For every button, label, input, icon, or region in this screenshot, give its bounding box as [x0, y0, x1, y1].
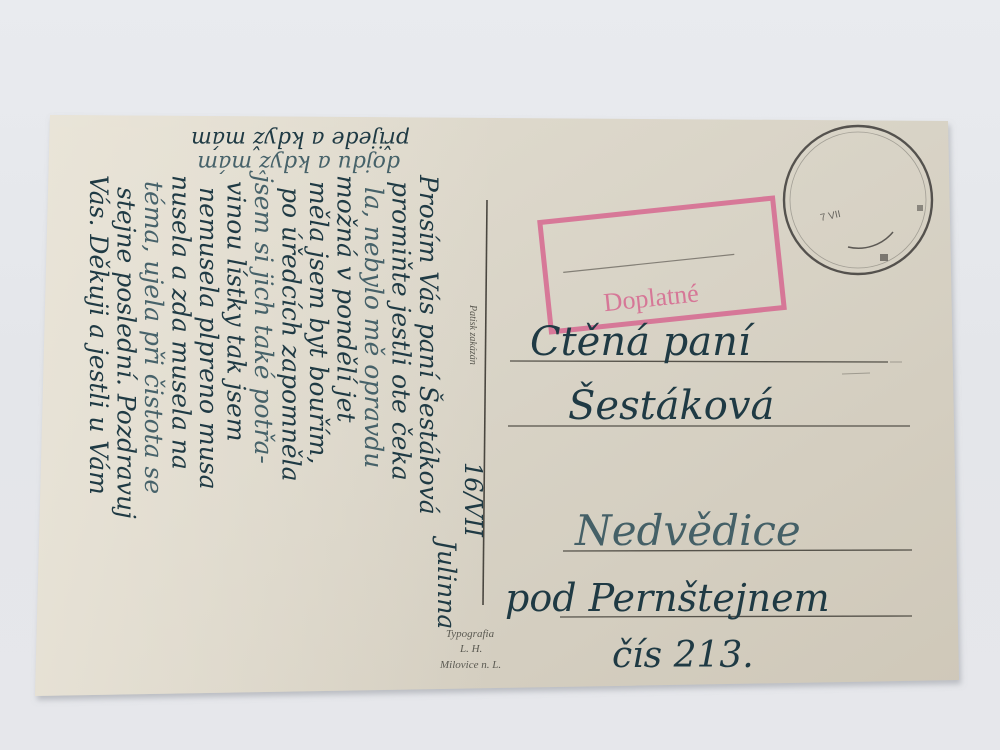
postcard-photo: Doplatné 7 VII Patisk zakázán Typografia…: [0, 0, 1000, 750]
address-salutation: Ctěná paní: [530, 319, 756, 365]
imprint-line-2: L. H.: [459, 643, 482, 655]
message-signature-name: Julinna: [432, 535, 461, 629]
address-town: Nedvědice: [574, 506, 801, 555]
message-line: měla jsem byt bouřím,: [304, 181, 333, 464]
message-line: promiňte jestli ote čeka: [387, 181, 416, 481]
message-line: vinou lístky tak jsem: [222, 181, 251, 442]
inverted-line-1: přijede a když mám: [191, 126, 410, 151]
message-line: Vás. Děkuji a jestli u Vám: [84, 175, 113, 495]
inverted-top-lines: přijede a když mám dojdu a když mám: [191, 126, 410, 175]
message-line: nemusela plpreno musa: [194, 187, 223, 490]
message-date: 16/VII: [459, 462, 487, 537]
imprint-line-3: Milovice n. L.: [439, 659, 501, 671]
message-line: la, nebylo mě opravdu: [359, 187, 388, 468]
message-line: jsem si jich také potřa-: [249, 170, 278, 464]
address-house-number: čís 213.: [612, 635, 754, 676]
printed-reproduction-notice: Patisk zakázán: [467, 304, 478, 365]
address-name: Šestáková: [568, 382, 774, 429]
message-line: Prosím Vás paní Šestáková: [414, 174, 443, 515]
imprint-line-1: Typografia: [446, 628, 495, 640]
inverted-line-2: dojdu a když mám: [197, 150, 400, 175]
message-line: nusela a zda musela na: [167, 175, 196, 470]
message-line: téma, ujela při čistota se: [139, 181, 168, 494]
message-line: stejne poslední. Pozdravuj: [112, 187, 141, 519]
message-line: možná v pondělí jet: [332, 175, 361, 423]
message-line: po úředcích zapomněla: [277, 187, 306, 482]
address-town-qualifier: pod Pernštejnem: [505, 576, 830, 620]
